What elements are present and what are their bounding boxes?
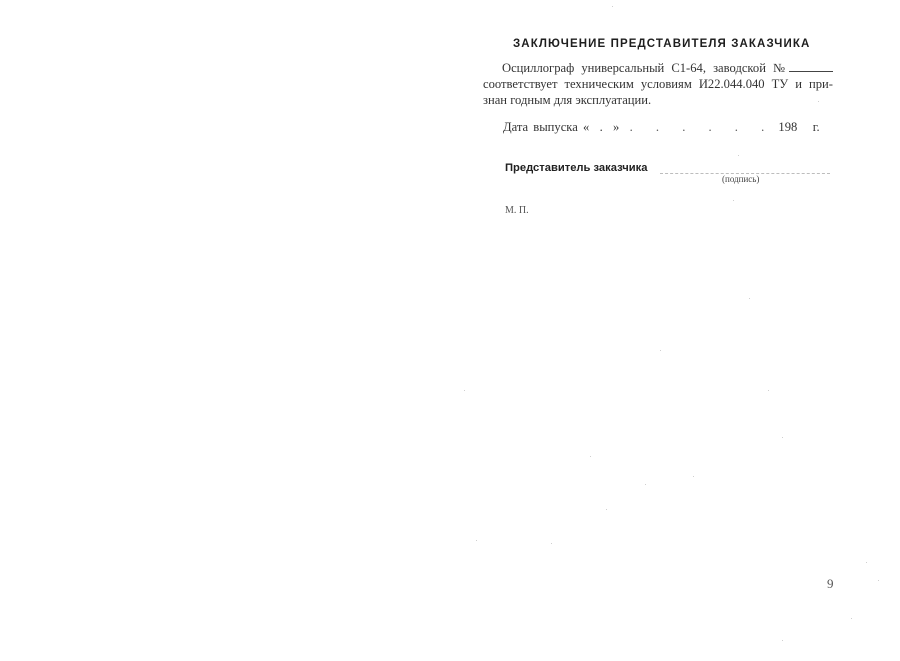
release-date-label: Дата выпуска xyxy=(503,120,578,134)
scan-speck xyxy=(878,580,879,581)
scan-speck xyxy=(590,456,591,457)
paragraph-line-3: знан годным для эксплуатации. xyxy=(483,92,833,108)
month-blank: . . . . . . xyxy=(630,120,774,134)
scan-speck xyxy=(738,155,739,156)
scan-speck xyxy=(612,6,613,7)
scan-speck xyxy=(782,640,783,641)
paragraph-line-1: Осциллограф универсальный С1-64, заводск… xyxy=(483,60,833,76)
scan-speck xyxy=(645,484,646,485)
page-number: 9 xyxy=(827,576,834,592)
document-title: ЗАКЛЮЧЕНИЕ ПРЕДСТАВИТЕЛЯ ЗАКАЗЧИКА xyxy=(513,38,833,50)
scan-speck xyxy=(768,390,769,391)
year-suffix: г. xyxy=(813,120,820,134)
scan-speck xyxy=(866,562,867,563)
close-quote: » xyxy=(613,120,619,134)
scan-speck xyxy=(782,437,783,438)
serial-number-blank xyxy=(789,61,833,72)
scan-speck xyxy=(851,618,852,619)
scan-speck xyxy=(551,543,552,544)
scan-speck xyxy=(606,509,607,510)
day-blank: . xyxy=(600,120,603,134)
scan-speck xyxy=(749,298,750,299)
scan-speck xyxy=(733,200,734,201)
representative-label: Представитель заказчика xyxy=(505,162,647,174)
year-prefix: 198 xyxy=(778,120,797,134)
stamp-label: М. П. xyxy=(505,205,529,216)
document-page: ЗАКЛЮЧЕНИЕ ПРЕДСТАВИТЕЛЯ ЗАКАЗЧИКА Осцил… xyxy=(0,0,900,661)
scan-speck xyxy=(660,350,661,351)
paragraph-line-2: соответствует техническим условиям И22.0… xyxy=(483,76,833,92)
release-date-line: Дата выпуска « . » . . . . . . 198 г. xyxy=(503,120,820,135)
device-statement: Осциллограф универсальный С1-64, заводск… xyxy=(502,61,789,75)
scan-speck xyxy=(818,101,819,102)
conclusion-paragraph: Осциллограф универсальный С1-64, заводск… xyxy=(483,60,833,108)
signature-caption: (подпись) xyxy=(722,174,759,184)
scan-speck xyxy=(693,476,694,477)
open-quote: « xyxy=(583,120,589,134)
scan-speck xyxy=(476,540,477,541)
scan-speck xyxy=(464,390,465,391)
